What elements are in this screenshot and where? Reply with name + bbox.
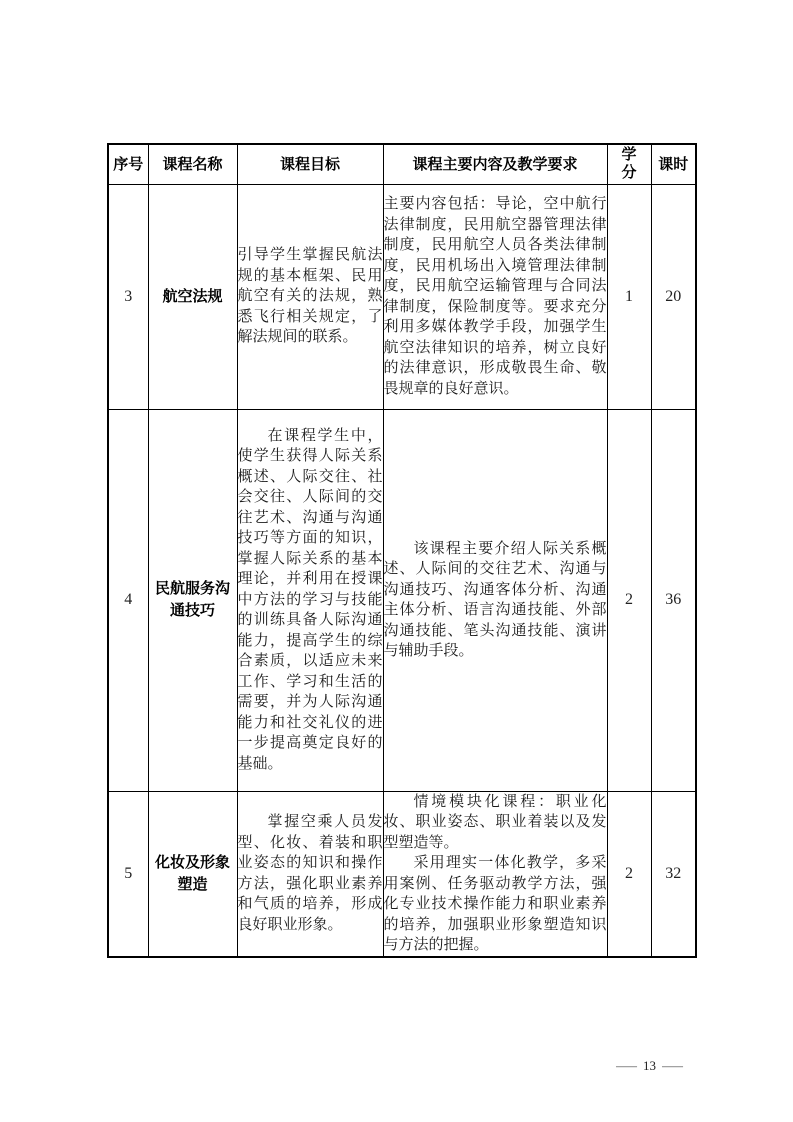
objective-paragraph: 引导学生掌握民航法规的基本框架、民用航空有关的法规，熟悉飞行相关规定，了解法规间…: [238, 245, 383, 348]
document-page: 序号 课程名称 课程目标 课程主要内容及教学要求 学分 课时 3 航空法规 引导…: [0, 0, 793, 1122]
row3-course-name: 航空法规: [148, 184, 237, 409]
footer-dash-left: —: [616, 1058, 637, 1074]
row3-course-objective: 引导学生掌握民航法规的基本框架、民用航空有关的法规，熟悉飞行相关规定，了解法规间…: [237, 184, 383, 409]
row3-hours: 20: [651, 184, 696, 409]
table-header-row: 序号 课程名称 课程目标 课程主要内容及教学要求 学分 课时: [108, 144, 696, 184]
page-footer: —13—: [597, 1042, 689, 1090]
row4-serial-no: 4: [108, 409, 148, 791]
row3-credits: 1: [607, 184, 651, 409]
table-row: 5 化妆及形象塑造 掌握空乘人员发型、化妆、着装和职业姿态的知识和操作方法，强化…: [108, 791, 696, 957]
table-row: 4 民航服务沟通技巧 在课程学生中，使学生获得人际关系概述、人际交往、社会交往、…: [108, 409, 696, 791]
col-header-course-objective: 课程目标: [237, 144, 383, 184]
content-paragraph: 该课程主要介绍人际关系概述、人际间的交往艺术、沟通与沟通技巧、沟通客体分析、沟通…: [384, 539, 607, 662]
row4-hours: 36: [651, 409, 696, 791]
col-header-course-name: 课程名称: [148, 144, 237, 184]
row5-course-objective: 掌握空乘人员发型、化妆、着装和职业姿态的知识和操作方法，强化职业素养和气质的培养…: [237, 791, 383, 957]
row4-course-objective: 在课程学生中，使学生获得人际关系概述、人际交往、社会交往、人际间的交往艺术、沟通…: [237, 409, 383, 791]
col-header-serial-no: 序号: [108, 144, 148, 184]
row3-course-content: 主要内容包括：导论，空中航行法律制度，民用航空器管理法律制度，民用航空人员各类法…: [383, 184, 607, 409]
row4-course-name: 民航服务沟通技巧: [148, 409, 237, 791]
row4-course-content: 该课程主要介绍人际关系概述、人际间的交往艺术、沟通与沟通技巧、沟通客体分析、沟通…: [383, 409, 607, 791]
content-paragraph: 采用理实一体化教学，多采用案例、任务驱动教学方法，强化专业技术操作能力和职业素养…: [384, 853, 607, 956]
row5-course-content: 情境模块化课程：职业化妆、职业姿态、职业着装以及发型塑造等。 采用理实一体化教学…: [383, 791, 607, 957]
col-header-course-content: 课程主要内容及教学要求: [383, 144, 607, 184]
page-number: 13: [643, 1058, 656, 1073]
row4-credits: 2: [607, 409, 651, 791]
content-paragraph: 情境模块化课程：职业化妆、职业姿态、职业着装以及发型塑造等。: [384, 792, 607, 854]
row5-hours: 32: [651, 791, 696, 957]
row5-credits: 2: [607, 791, 651, 957]
table-row: 3 航空法规 引导学生掌握民航法规的基本框架、民用航空有关的法规，熟悉飞行相关规…: [108, 184, 696, 409]
col-header-hours: 课时: [651, 144, 696, 184]
footer-dash-right: —: [662, 1058, 683, 1074]
objective-paragraph: 在课程学生中，使学生获得人际关系概述、人际交往、社会交往、人际间的交往艺术、沟通…: [238, 426, 383, 775]
col-header-credits-label: 学分: [621, 146, 638, 182]
row5-serial-no: 5: [108, 791, 148, 957]
course-plan-table: 序号 课程名称 课程目标 课程主要内容及教学要求 学分 课时 3 航空法规 引导…: [107, 143, 697, 958]
row3-serial-no: 3: [108, 184, 148, 409]
row5-course-name: 化妆及形象塑造: [148, 791, 237, 957]
objective-paragraph: 掌握空乘人员发型、化妆、着装和职业姿态的知识和操作方法，强化职业素养和气质的培养…: [238, 812, 383, 935]
content-paragraph: 主要内容包括：导论，空中航行法律制度，民用航空器管理法律制度，民用航空人员各类法…: [384, 194, 607, 399]
col-header-credits: 学分: [607, 144, 651, 184]
